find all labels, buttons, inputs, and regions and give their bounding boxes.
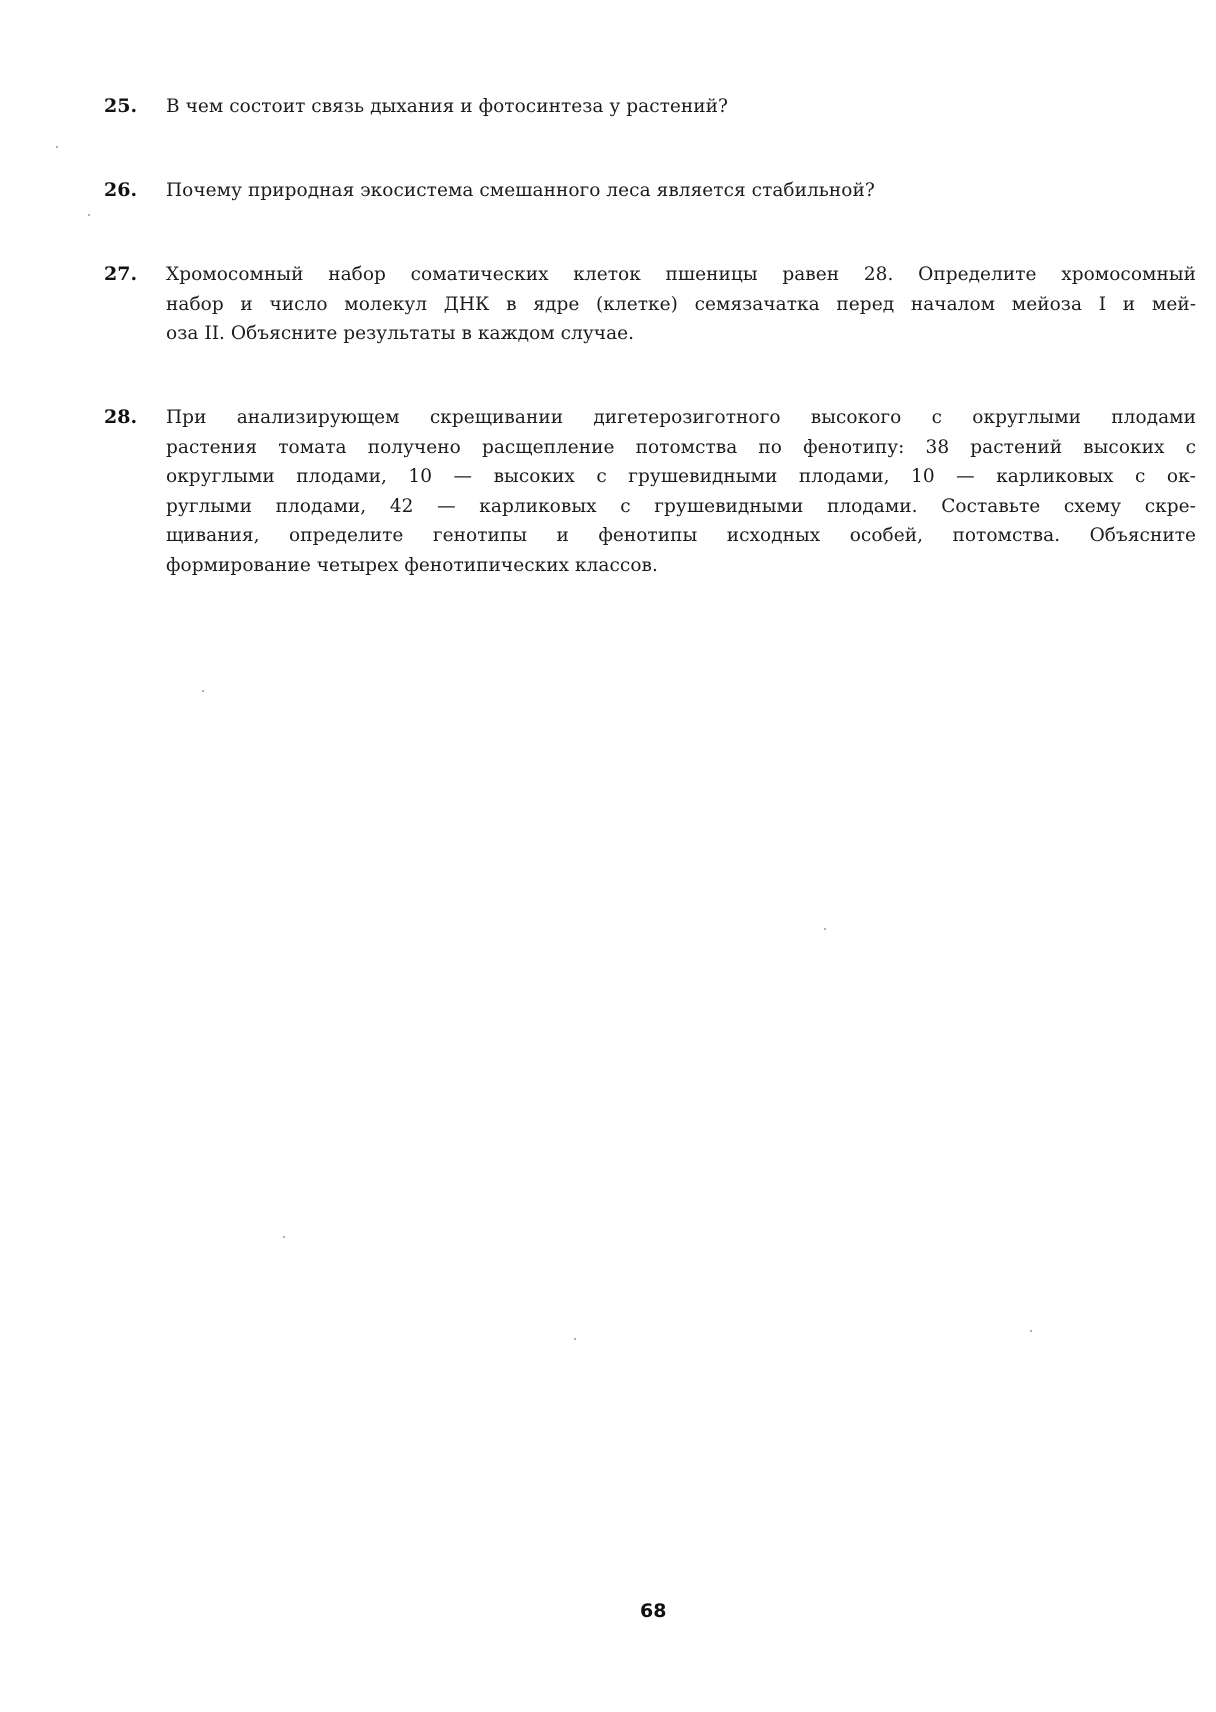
task-28: 28. При анализирующем скрещивании дигете… xyxy=(104,403,1196,580)
task-number: 25. xyxy=(104,92,166,121)
task-line: набор и число молекул ДНК в ядре (клетке… xyxy=(166,290,1196,320)
task-line: формирование четырех фенотипических клас… xyxy=(166,551,1196,581)
task-line: щивания, определите генотипы и фенотипы … xyxy=(166,521,1196,551)
scan-speck xyxy=(202,690,204,692)
task-text: Почему природная экосистема смешанного л… xyxy=(166,176,1196,206)
task-line: Хромосомный набор соматических клеток пш… xyxy=(166,260,1196,290)
task-number: 28. xyxy=(104,403,166,432)
task-26: 26. Почему природная экосистема смешанно… xyxy=(104,176,1196,206)
scan-speck xyxy=(56,146,58,148)
task-number: 26. xyxy=(104,176,166,205)
page-number: 68 xyxy=(640,1600,666,1622)
task-line: руглыми плодами, 42 — карликовых с груше… xyxy=(166,492,1196,522)
task-line: растения томата получено расщепление пот… xyxy=(166,433,1196,463)
task-line: округлыми плодами, 10 — высоких с грушев… xyxy=(166,462,1196,492)
task-number: 27. xyxy=(104,260,166,289)
task-text: Хромосомный набор соматических клеток пш… xyxy=(166,260,1196,349)
task-text: При анализирующем скрещивании дигетерози… xyxy=(166,403,1196,580)
task-line: Почему природная экосистема смешанного л… xyxy=(166,176,1196,206)
scan-speck xyxy=(574,1338,576,1340)
scan-speck xyxy=(824,928,826,930)
scan-speck xyxy=(283,1236,285,1238)
task-27: 27. Хромосомный набор соматических клето… xyxy=(104,260,1196,349)
task-line: При анализирующем скрещивании дигетерози… xyxy=(166,403,1196,433)
scan-speck xyxy=(88,214,90,216)
task-25: 25. В чем состоит связь дыхания и фотоси… xyxy=(104,92,1196,122)
task-text: В чем состоит связь дыхания и фотосинтез… xyxy=(166,92,1196,122)
scan-speck xyxy=(1030,1330,1032,1332)
task-line: оза II. Объясните результаты в каждом сл… xyxy=(166,319,1196,349)
task-line: В чем состоит связь дыхания и фотосинтез… xyxy=(166,92,1196,122)
